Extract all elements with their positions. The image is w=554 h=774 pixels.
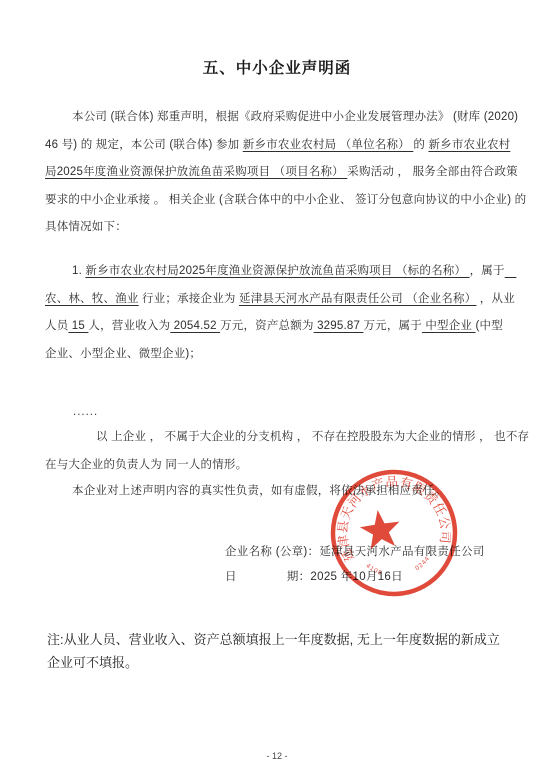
static-text: 注:从业人员、营业收入、资产总额填报上一年度数据, 无上一年度数据的新成立 [47,632,500,647]
static-text: 万元，资产总额为 [220,320,314,332]
signature-company-line: 企业名称 (公章)：延津县天河水产品有限责任公司 [225,543,485,559]
static-text: ，从业 [476,293,515,305]
text-line: 企业可不填报。 [47,651,500,674]
filled-in-value: 15 [68,320,88,332]
date-label-right: 期： [287,571,311,583]
paragraph-conclusion: 以 上企业 ， 不属于大企业的分支机构 ， 不存在控股股东为大企业的情形 ， 也… [45,424,529,479]
filled-in-value: 新乡市农业农村局 （单位名称） [243,139,414,151]
text-line: 在与大企业的负责人为 同一人的情形。 [45,452,529,480]
static-text: ，属于 [470,265,505,277]
static-text: 企业、小型企业、微型企业)； [45,348,201,360]
filled-in-value: 农、林、牧、渔业 [45,293,139,305]
text-line: 企业、小型企业、微型企业)； [45,341,516,369]
text-line: 1. 新乡市农业农村局2025年度渔业资源保护放流鱼苗采购项目 （标的名称） ，… [45,258,516,286]
page-number: - 12 - [0,751,554,761]
filled-in-value: 局2025年度渔业资源保护放流鱼苗采购项目 （项目名称） [45,166,347,178]
filled-in-value: 延津县天河水产品有限责任公司 （企业名称） [239,293,476,305]
signature-date-line: 日期：2025 年10月16日 [225,568,403,584]
footnote: 注:从业人员、营业收入、资产总额填报上一年度数据, 无上一年度数据的新成立企业可… [47,628,500,675]
static-text: 采购活动 ， 服务全部由符合政策 [347,166,518,178]
text-line: 人员 15 人，营业收入为 2054.52 万元，资产总额为 3295.87 万… [45,313,516,341]
filled-in-value: 2054.52 [170,320,220,332]
document-page: 五、中小企业声明函 本公司 (联合体) 郑重声明，根据《政府采购促进中小企业发展… [0,0,554,774]
company-label: 企业名称 (公章)： [225,546,319,558]
paragraph-intro: 本公司 (联合体) 郑重声明，根据《政府采购促进中小企业发展管理办法》 (财库 … [45,104,526,242]
static-text: 46 号) 的 规定，本公司 (联合体) 参加 [45,139,243,151]
static-text: 1. [72,265,85,277]
date-label-left: 日 [225,571,237,583]
static-text: 人，营业收入为 [88,320,170,332]
static-text: 本企业对上述声明内容的真实性负责，如有虚假，将依法承担相应责任。 [72,485,446,497]
text-line: 以 上企业 ， 不属于大企业的分支机构 ， 不存在控股股东为大企业的情形 ， 也… [45,424,529,452]
static-text: 万元，属于 [363,320,422,332]
text-line: 农、林、牧、渔业 行业；承接企业为 延津县天河水产品有限责任公司 （企业名称） … [45,286,516,314]
filled-in-value [505,265,517,277]
static-text: (中型 [476,320,503,332]
static-text: 行业；承接企业为 [139,293,239,305]
date-value: 2025 年10月16日 [310,571,402,583]
text-line: 46 号) 的 规定，本公司 (联合体) 参加 新乡市农业农村局 （单位名称） … [45,132,526,160]
static-text: 的 [413,139,428,151]
text-line: 局2025年度渔业资源保护放流鱼苗采购项目 （项目名称） 采购活动 ， 服务全部… [45,159,526,187]
text-line: 本企业对上述声明内容的真实性负责，如有虚假，将依法承担相应责任。 [45,478,446,506]
text-line: 具体情况如下： [45,214,526,242]
text-line: 要求的中小企业承接 。 相关企业 (含联合体中的中小企业、 签订分包意向协议的中… [45,187,526,215]
paragraph-item1: 1. 新乡市农业农村局2025年度渔业资源保护放流鱼苗采购项目 （标的名称） ，… [45,258,516,368]
static-text: 人员 [45,320,68,332]
company-value: 延津县天河水产品有限责任公司 [319,546,484,558]
filled-in-value: 新乡市农业农村 [428,139,510,151]
paragraph-responsibility: 本企业对上述声明内容的真实性负责，如有虚假，将依法承担相应责任。 [45,478,446,506]
filled-in-value: 3295.87 [314,320,364,332]
text-line: 本公司 (联合体) 郑重声明，根据《政府采购促进中小企业发展管理办法》 (财库 … [45,104,526,132]
static-text: 在与大企业的负责人为 同一人的情形。 [45,459,247,471]
filled-in-value: 新乡市农业农村局2025年度渔业资源保护放流鱼苗采购项目 （标的名称） [85,265,469,277]
static-text: 具体情况如下： [45,221,127,233]
filled-in-value: 中型企业 [422,320,476,332]
page-title: 五、中小企业声明函 [0,56,554,78]
static-text: 以 上企业 ， 不属于大企业的分支机构 ， 不存在控股股东为大企业的情形 ， 也… [96,431,529,443]
static-text: 企业可不填报。 [47,655,138,670]
static-text: 本公司 (联合体) 郑重声明，根据《政府采购促进中小企业发展管理办法》 (财库 … [72,111,518,123]
text-line: 注:从业人员、营业收入、资产总额填报上一年度数据, 无上一年度数据的新成立 [47,628,500,651]
static-text: 要求的中小企业承接 。 相关企业 (含联合体中的中小企业、 签订分包意向协议的中… [45,194,526,206]
ellipsis-placeholder: ...... [73,399,98,427]
